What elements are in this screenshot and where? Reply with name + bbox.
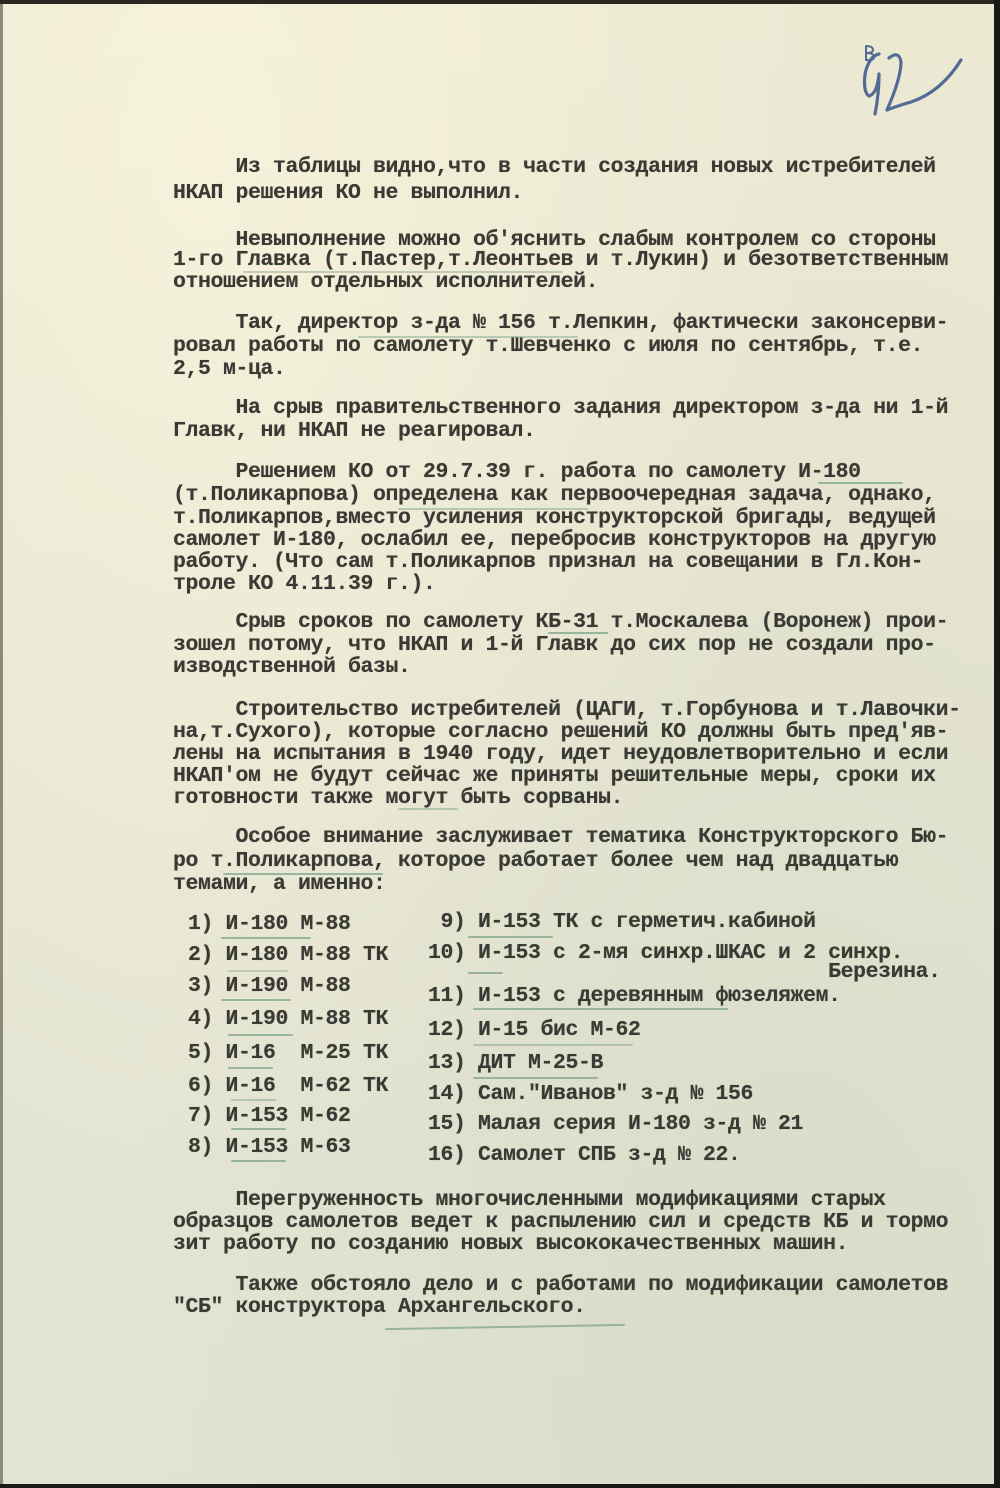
pencil-underline: [231, 1099, 276, 1101]
pencil-underline: [398, 508, 588, 510]
pencil-underline: [231, 1128, 286, 1130]
text-line: троле КО 4.11.39 г.).: [173, 571, 436, 597]
pencil-underline: [398, 808, 458, 810]
topic-item-continuation: Березина.: [428, 959, 941, 985]
topic-item: 8) И-153 М-63: [188, 1134, 351, 1160]
topic-item: 6) И-16 М-62 ТК: [188, 1073, 388, 1099]
scan-edge-right: [994, 0, 1000, 1488]
pencil-underline: [228, 970, 288, 972]
scan-edge-bottom: [0, 1484, 1000, 1488]
pencil-underline: [473, 1044, 633, 1046]
topic-item: 13) ДИТ М-25-В: [428, 1050, 603, 1076]
topic-item: 16) Самолет СПБ з-д № 22.: [428, 1142, 741, 1168]
pencil-underline: [473, 1008, 728, 1010]
text-line: Из таблицы видно,что в части создания но…: [173, 154, 936, 180]
topic-item: 11) И-153 с деревянным фюзеляжем.: [428, 983, 841, 1009]
topic-item: 14) Сам."Иванов" з-д № 156: [428, 1081, 753, 1107]
pencil-underline: [818, 482, 903, 484]
topic-item: 2) И-180 М-88 ТК: [188, 942, 388, 968]
topic-item: 4) И-190 М-88 ТК: [188, 1006, 388, 1032]
text-line: 2,5 м-ца.: [173, 356, 286, 382]
pencil-underline: [243, 271, 563, 273]
pencil-underline: [231, 1160, 286, 1162]
pencil-underline: [468, 972, 503, 974]
pencil-underline: [228, 1034, 293, 1036]
pencil-underline: [228, 1067, 273, 1069]
text-line: зит работу по созданию новых высококачес…: [173, 1231, 848, 1257]
pencil-underline: [358, 336, 578, 338]
pencil-underline: [548, 632, 608, 634]
topic-item: 5) И-16 М-25 ТК: [188, 1040, 388, 1066]
pencil-underline: [221, 937, 311, 939]
text-line: изводственной базы.: [173, 654, 411, 680]
text-line: "СБ" конструктора Архангельского.: [173, 1294, 586, 1320]
topic-item: 7) И-153 М-62: [188, 1103, 351, 1129]
text-line: НКАП решения КО не выполнил.: [173, 180, 523, 206]
pencil-underline: [468, 936, 553, 938]
pencil-underline: [385, 1324, 625, 1330]
handwritten-folio-icon: [861, 34, 971, 134]
document-page: 92 Из таблицы видно,что в части создания…: [0, 4, 997, 1484]
topic-item: 9) И-153 ТК с герметич.кабиной: [428, 909, 816, 935]
topic-item: 3) И-190 М-88: [188, 973, 351, 999]
text-line: Особое внимание заслуживает тематика Кон…: [173, 824, 948, 850]
pencil-underline: [223, 873, 383, 875]
pencil-underline: [221, 999, 291, 1001]
page-folio: 92: [861, 34, 971, 134]
topic-item: 15) Малая серия И-180 з-д № 21: [428, 1111, 803, 1137]
text-line: Главк, ни НКАП не реагировал.: [173, 418, 536, 444]
topic-item: 1) И-180 М-88: [188, 911, 351, 937]
topic-item: 12) И-15 бис М-62: [428, 1017, 641, 1043]
pencil-underline: [473, 1077, 598, 1079]
